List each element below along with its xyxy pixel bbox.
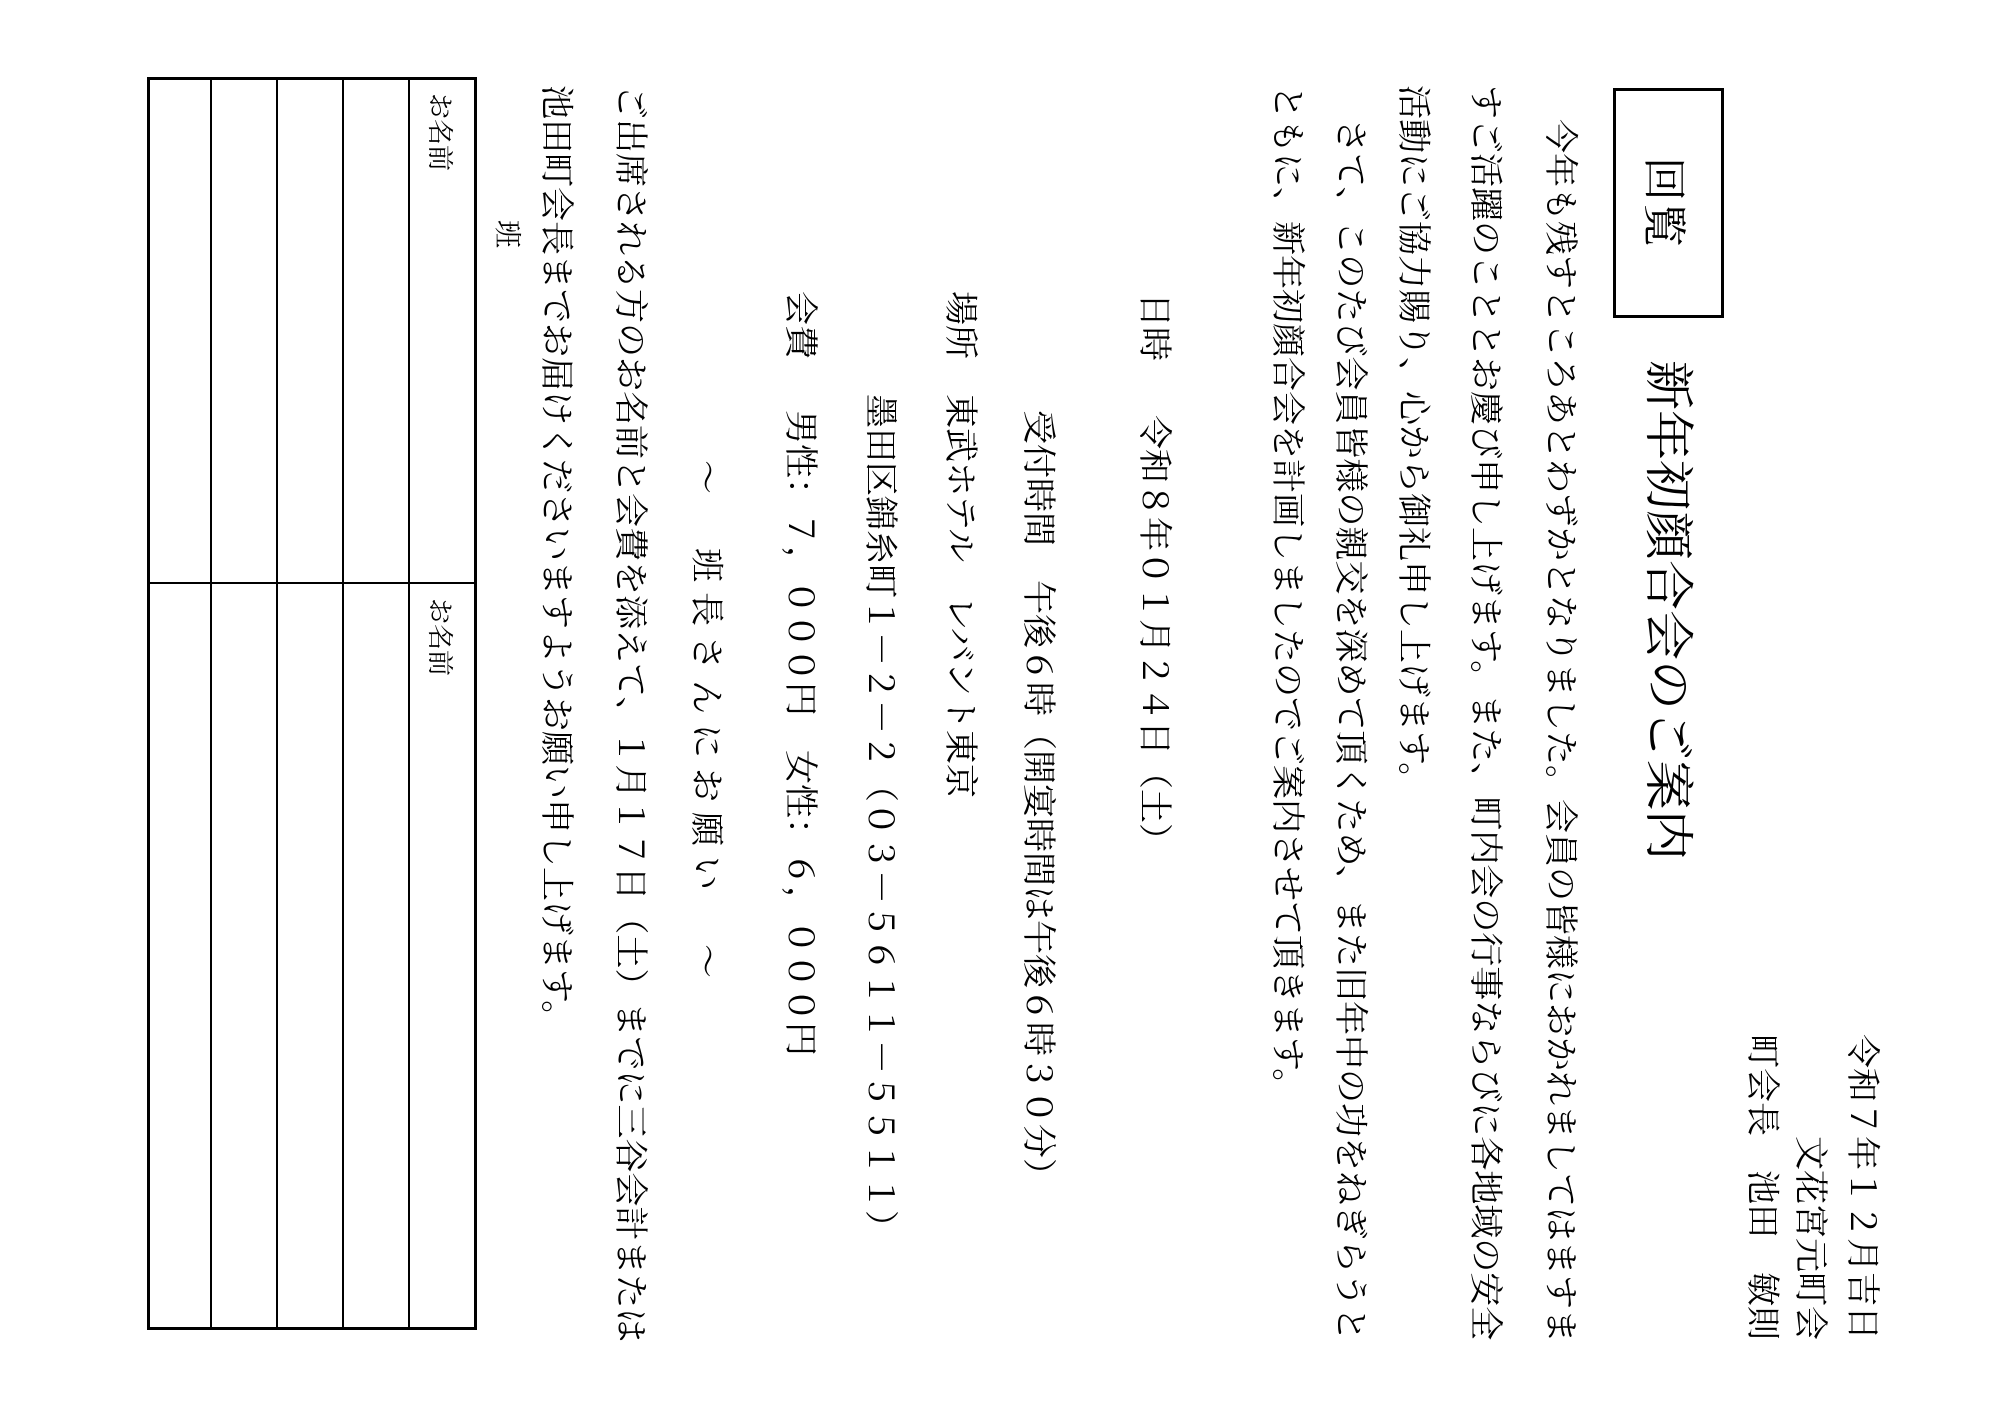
table-row-line bbox=[408, 80, 410, 1327]
sender-name: 町会長 池田 敏則 bbox=[1741, 1034, 1782, 1340]
name-column-header: お名前 bbox=[423, 93, 460, 171]
circulation-stamp-label: 回覧 bbox=[1637, 157, 1701, 249]
document-page: 令和７年１２月吉日 文花宮元町会 町会長 池田 敏則 回覧 新年初顔合会のご案内… bbox=[0, 0, 2016, 1424]
rotated-circular-notice: { "document": { "stamp": "回覧", "issued_d… bbox=[0, 0, 2016, 1424]
issued-date: 令和７年１２月吉日 bbox=[1841, 1034, 1882, 1340]
detail-value-fee: 男性：７，０００円 女性：６，０００円 bbox=[779, 410, 820, 1056]
group-label: 班 bbox=[490, 220, 524, 248]
detail-label-fee: 会費 bbox=[779, 291, 820, 359]
name-column-header: お名前 bbox=[423, 598, 460, 676]
table-row-line bbox=[276, 80, 278, 1327]
table-row-line bbox=[210, 80, 212, 1327]
request-line: 池田町会長までお届けくださいますようお願い申し上げます。 bbox=[535, 85, 576, 1034]
request-line: ご出席される方のお名前と会費を添えて、１月１７日（土）までに三谷会計または bbox=[609, 85, 650, 1342]
detail-value-place: 東武ホテル レバント東京 bbox=[939, 394, 980, 798]
organization: 文花宮元町会 bbox=[1789, 1136, 1830, 1340]
circulation-stamp-box: 回覧 bbox=[1613, 88, 1724, 318]
body-line: すご活躍のこととお慶び申し上げます。また、町内会の行事ならびに各地域の安全 bbox=[1464, 85, 1505, 1340]
attendance-table: お名前 お名前 bbox=[147, 77, 477, 1330]
body-line: ともに、新年初顔合会を計画しましたのでご案内させて頂きます。 bbox=[1266, 85, 1307, 1102]
body-line: 今年も残すところあとわずかとなりました。会員の皆様におかれましてはますま bbox=[1539, 85, 1580, 1343]
body-line: さて、このたび会員皆様の親交を深めて頂くため、また旧年中の功をねぎらうと bbox=[1329, 85, 1370, 1341]
detail-value-reception: 受付時間 午後６時（開宴時間は午後６時３０分） bbox=[1017, 410, 1058, 1192]
detail-value-datetime: 令和８年０１月２４日（土） bbox=[1133, 415, 1174, 857]
body-line: 活動にご協力賜り、心から御礼申し上げます。 bbox=[1392, 85, 1433, 796]
detail-value-address: 墨田区錦糸町１－２－２（０３－５６１１－５５１１） bbox=[859, 394, 900, 1244]
table-split-line bbox=[150, 582, 474, 584]
table-row-line bbox=[342, 80, 344, 1327]
request-heading: ～ 班長さんにお願い ～ bbox=[685, 460, 726, 988]
detail-label-place: 場所 bbox=[939, 291, 980, 359]
page-title: 新年初顔合会のご案内 bbox=[1638, 360, 1698, 860]
detail-label-datetime: 日時 bbox=[1133, 293, 1174, 361]
